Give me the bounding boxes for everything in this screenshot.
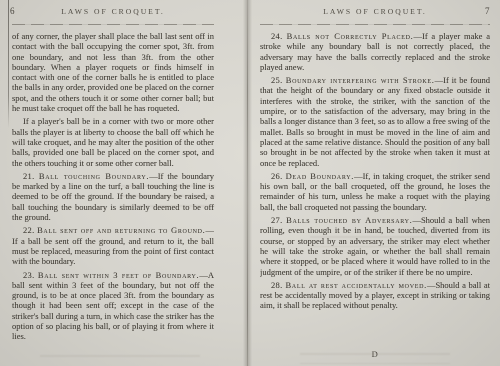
paragraph: 25. Boundary interfering with Stroke.—If… — [260, 75, 490, 168]
running-head: LAWS OF CROQUET. — [12, 7, 214, 16]
section-heading: Ball sent off and returning to Ground. — [37, 225, 205, 235]
section-number: 24. — [271, 31, 287, 41]
section-heading: Ball touching Boundary. — [39, 171, 149, 181]
section-number: 26. — [271, 171, 286, 181]
page-right: 7 LAWS OF CROQUET. 24. Balls not Correct… — [260, 0, 490, 366]
scan-edge-shadow — [8, 0, 9, 128]
paragraph: of any corner, the player shall place th… — [12, 31, 214, 113]
paragraph-text: —A ball sent within 3 feet of the bounda… — [12, 270, 214, 342]
paragraph: 27. Balls touched by Adversary.—Should a… — [260, 215, 490, 277]
section-heading: Dead Boundary. — [286, 171, 354, 181]
paragraph: 23. Ball sent within 3 feet of Boundary.… — [12, 270, 214, 342]
header-rule — [12, 24, 214, 25]
book-gutter-line — [247, 0, 248, 366]
page-text-left: of any corner, the player shall place th… — [12, 31, 214, 366]
section-number: 27. — [271, 215, 286, 225]
paragraph-text: If a player's ball be in a corner with t… — [12, 116, 214, 167]
signature-mark: D — [260, 349, 490, 359]
section-number: 28. — [271, 280, 285, 290]
section-heading: Balls touched by Adversary. — [286, 215, 412, 225]
paragraph: 28. Ball at rest accidentally moved.—Sho… — [260, 280, 490, 311]
page-left: 6 LAWS OF CROQUET. of any corner, the pl… — [12, 0, 214, 366]
section-number: 25. — [271, 75, 286, 85]
section-heading: Ball at rest accidentally moved. — [285, 280, 427, 290]
paragraph: 21. Ball touching Boundary.—If the bound… — [12, 171, 214, 222]
paragraph: 26. Dead Boundary.—If, in taking croquet… — [260, 171, 490, 212]
paragraph: 22. Ball sent off and returning to Groun… — [12, 225, 214, 266]
section-heading: Balls not Correctly Placed. — [287, 31, 414, 41]
section-heading: Ball sent within 3 feet of Boundary. — [38, 270, 199, 280]
section-heading: Boundary interfering with Stroke. — [286, 75, 435, 85]
paragraph: If a player's ball be in a corner with t… — [12, 116, 214, 167]
page-text-right: 24. Balls not Correctly Placed.—If a pla… — [260, 31, 490, 366]
paragraph: 24. Balls not Correctly Placed.—If a pla… — [260, 31, 490, 72]
section-number: 21. — [23, 171, 39, 181]
section-number: 22. — [23, 225, 37, 235]
paragraph-text: —If it be found that the height of the b… — [260, 75, 490, 167]
paragraph-text: of any corner, the player shall place th… — [12, 31, 214, 113]
book-scan: { "running_head": "LAWS OF CROQUET.", "p… — [0, 0, 500, 366]
section-number: 23. — [23, 270, 38, 280]
running-head: LAWS OF CROQUET. — [260, 7, 490, 16]
header-rule — [260, 24, 490, 25]
